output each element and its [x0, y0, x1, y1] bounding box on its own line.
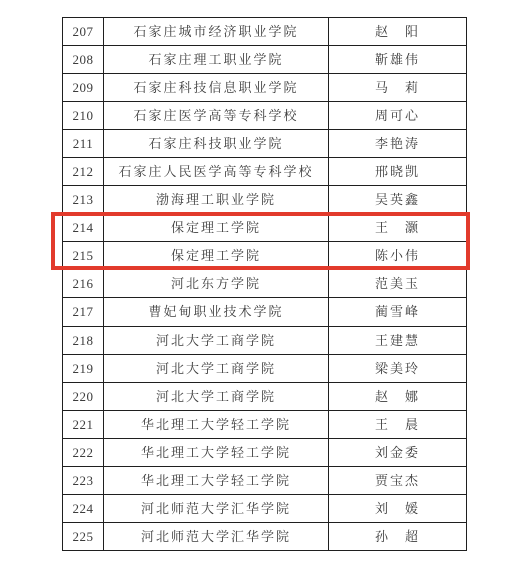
name-cell: 王 灏 [329, 214, 467, 242]
table-row: 207石家庄城市经济职业学院赵 阳 [63, 18, 467, 46]
row-number-cell: 219 [63, 354, 104, 382]
school-cell: 石家庄城市经济职业学院 [104, 18, 329, 46]
school-cell: 石家庄医学高等专科学校 [104, 102, 329, 130]
name-cell: 靳雄伟 [329, 46, 467, 74]
school-cell: 石家庄理工职业学院 [104, 46, 329, 74]
table-row: 222华北理工大学轻工学院刘金委 [63, 438, 467, 466]
name-cell: 王建慧 [329, 326, 467, 354]
table-row: 220河北大学工商学院赵 娜 [63, 382, 467, 410]
row-number-cell: 220 [63, 382, 104, 410]
school-cell: 河北东方学院 [104, 270, 329, 298]
school-cell: 河北师范大学汇华学院 [104, 522, 329, 550]
table-row: 210石家庄医学高等专科学校周可心 [63, 102, 467, 130]
name-cell: 邢晓凯 [329, 158, 467, 186]
school-cell: 保定理工学院 [104, 242, 329, 270]
name-cell: 蔺雪峰 [329, 298, 467, 326]
row-number-cell: 216 [63, 270, 104, 298]
roster-body: 207石家庄城市经济职业学院赵 阳208石家庄理工职业学院靳雄伟209石家庄科技… [63, 18, 467, 551]
name-cell: 李艳涛 [329, 130, 467, 158]
row-number-cell: 212 [63, 158, 104, 186]
table-row: 221华北理工大学轻工学院王 晨 [63, 410, 467, 438]
row-number-cell: 217 [63, 298, 104, 326]
name-cell: 刘 媛 [329, 494, 467, 522]
name-cell: 陈小伟 [329, 242, 467, 270]
row-number-cell: 224 [63, 494, 104, 522]
table-row: 215保定理工学院陈小伟 [63, 242, 467, 270]
table-row: 216河北东方学院范美玉 [63, 270, 467, 298]
school-cell: 保定理工学院 [104, 214, 329, 242]
row-number-cell: 222 [63, 438, 104, 466]
school-cell: 河北大学工商学院 [104, 354, 329, 382]
school-cell: 河北师范大学汇华学院 [104, 494, 329, 522]
school-cell: 石家庄科技职业学院 [104, 130, 329, 158]
row-number-cell: 211 [63, 130, 104, 158]
school-cell: 华北理工大学轻工学院 [104, 410, 329, 438]
table-row: 213渤海理工职业学院吴英鑫 [63, 186, 467, 214]
name-cell: 赵 娜 [329, 382, 467, 410]
row-number-cell: 210 [63, 102, 104, 130]
school-cell: 华北理工大学轻工学院 [104, 466, 329, 494]
name-cell: 马 莉 [329, 74, 467, 102]
table-row: 208石家庄理工职业学院靳雄伟 [63, 46, 467, 74]
row-number-cell: 221 [63, 410, 104, 438]
row-number-cell: 213 [63, 186, 104, 214]
table-row: 225河北师范大学汇华学院孙 超 [63, 522, 467, 550]
table-row: 224河北师范大学汇华学院刘 媛 [63, 494, 467, 522]
table-row: 211石家庄科技职业学院李艳涛 [63, 130, 467, 158]
row-number-cell: 223 [63, 466, 104, 494]
name-cell: 贾宝杰 [329, 466, 467, 494]
row-number-cell: 209 [63, 74, 104, 102]
school-cell: 河北大学工商学院 [104, 382, 329, 410]
row-number-cell: 215 [63, 242, 104, 270]
name-cell: 周可心 [329, 102, 467, 130]
row-number-cell: 207 [63, 18, 104, 46]
name-cell: 刘金委 [329, 438, 467, 466]
row-number-cell: 225 [63, 522, 104, 550]
row-number-cell: 214 [63, 214, 104, 242]
name-cell: 赵 阳 [329, 18, 467, 46]
name-cell: 范美玉 [329, 270, 467, 298]
table-row: 217曹妃甸职业技术学院蔺雪峰 [63, 298, 467, 326]
school-cell: 河北大学工商学院 [104, 326, 329, 354]
name-cell: 梁美玲 [329, 354, 467, 382]
row-number-cell: 218 [63, 326, 104, 354]
school-cell: 华北理工大学轻工学院 [104, 438, 329, 466]
table-row: 209石家庄科技信息职业学院马 莉 [63, 74, 467, 102]
name-cell: 孙 超 [329, 522, 467, 550]
school-cell: 石家庄人民医学高等专科学校 [104, 158, 329, 186]
table-row: 219河北大学工商学院梁美玲 [63, 354, 467, 382]
roster-table: 207石家庄城市经济职业学院赵 阳208石家庄理工职业学院靳雄伟209石家庄科技… [62, 17, 467, 551]
table-row: 223华北理工大学轻工学院贾宝杰 [63, 466, 467, 494]
table-row: 214保定理工学院王 灏 [63, 214, 467, 242]
name-cell: 王 晨 [329, 410, 467, 438]
table-row: 212石家庄人民医学高等专科学校邢晓凯 [63, 158, 467, 186]
table-row: 218河北大学工商学院王建慧 [63, 326, 467, 354]
school-cell: 曹妃甸职业技术学院 [104, 298, 329, 326]
document-page: 207石家庄城市经济职业学院赵 阳208石家庄理工职业学院靳雄伟209石家庄科技… [0, 0, 525, 571]
school-cell: 渤海理工职业学院 [104, 186, 329, 214]
school-cell: 石家庄科技信息职业学院 [104, 74, 329, 102]
row-number-cell: 208 [63, 46, 104, 74]
name-cell: 吴英鑫 [329, 186, 467, 214]
